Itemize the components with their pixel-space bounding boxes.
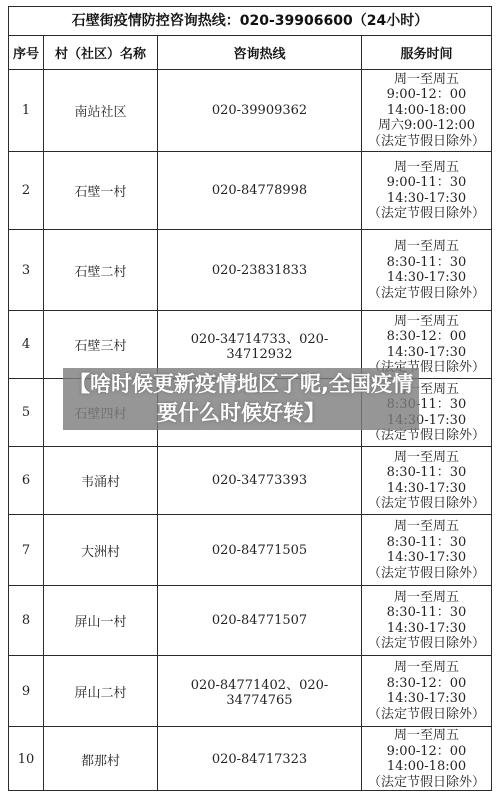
- table-header: 序号 村（社区）名称 咨询热线 服务时间: [9, 36, 491, 70]
- village-name: 屏山一村: [44, 586, 158, 655]
- service-hours: 周一至周五8:30-11：3014:30-17:30（法定节假日除外）: [362, 230, 491, 310]
- service-hours-line: 周一至周五: [394, 239, 459, 255]
- service-hours-line: 8:30-12：00: [387, 676, 467, 692]
- row-number: 7: [9, 515, 44, 585]
- service-hours-line: 14:30-17:30: [387, 481, 466, 497]
- service-hours-line: 14:30-17:30: [387, 550, 466, 566]
- service-hours-line: 9:00-12：00: [387, 744, 467, 760]
- column-header-hotline: 咨询热线: [158, 36, 362, 69]
- table-row: 6韦涌村020-34773393周一至周五8:30-11：3014:30-17:…: [9, 447, 491, 515]
- service-hours-line: 14:30-17:30: [387, 191, 466, 207]
- service-hours-line: （法定节假日除外）: [368, 636, 485, 652]
- village-name: 屏山二村: [44, 656, 158, 726]
- service-hours-line: 8:30-11：30: [387, 255, 467, 271]
- row-number: 3: [9, 230, 44, 310]
- service-hours-line: 14:30-17:30: [387, 621, 466, 637]
- watermark-line2: 要什么时候好转】: [157, 399, 325, 428]
- row-number: 9: [9, 656, 44, 726]
- hotline-number: 020-84771505: [158, 515, 362, 585]
- table-row: 7大洲村020-84771505周一至周五8:30-11：3014:30-17:…: [9, 515, 491, 586]
- service-hours-line: 14:30-17:30: [387, 691, 466, 707]
- row-number: 2: [9, 152, 44, 229]
- service-hours-line: 周一至周五: [394, 72, 459, 88]
- service-hours-line: （法定节假日除外）: [368, 206, 485, 222]
- service-hours-line: 周一至周五: [394, 660, 459, 676]
- table-row: 10都那村020-84717323周一至周五9:00-12：0014:00-18…: [9, 727, 491, 791]
- watermark-overlay: 【啥时候更新疫情地区了呢,全国疫情 要什么时候好转】: [63, 368, 419, 430]
- hotline-number: 020-84717323: [158, 727, 362, 791]
- column-header-hours: 服务时间: [362, 36, 491, 69]
- service-hours-line: 周一至周五: [394, 519, 459, 535]
- row-number: 6: [9, 447, 44, 514]
- service-hours: 周一至周五8:30-11：3014:30-17:30（法定节假日除外）: [362, 515, 491, 585]
- hotline-number: 020-84778998: [158, 152, 362, 229]
- service-hours: 周一至周五9:00-12：0014:00-18:00周六9:00-12:00（法…: [362, 70, 491, 151]
- service-hours-line: 8:30-11：30: [387, 535, 467, 551]
- hotline-number: 020-23831833: [158, 230, 362, 310]
- table-title: 石壁街疫情防控咨询热线：020-39906600（24小时）: [9, 7, 491, 36]
- column-header-village: 村（社区）名称: [44, 36, 158, 69]
- service-hours-line: （法定节假日除外）: [368, 775, 485, 791]
- service-hours-line: （法定节假日除外）: [368, 566, 485, 582]
- service-hours-line: 周一至周五: [394, 160, 459, 176]
- service-hours-line: （法定节假日除外）: [368, 496, 485, 512]
- village-name: 石壁一村: [44, 152, 158, 229]
- service-hours: 周一至周五8:30-11：3014:30-17:30（法定节假日除外）: [362, 447, 491, 514]
- service-hours-line: 周六9:00-12:00: [378, 118, 475, 134]
- service-hours-line: 9:00-11：30: [387, 175, 467, 191]
- service-hours-line: 9:00-12：00: [387, 87, 467, 103]
- service-hours-line: 14:00-18:00: [387, 103, 466, 119]
- watermark-line1: 【啥时候更新疫情地区了呢,全国疫情: [69, 370, 413, 399]
- service-hours-line: 14:00-18:00: [387, 759, 466, 775]
- table-row: 8屏山一村020-84771507周一至周五8:30-11：3014:30-17…: [9, 586, 491, 656]
- service-hours-line: 周一至周五: [394, 590, 459, 606]
- village-name: 韦涌村: [44, 447, 158, 514]
- hotline-number: 020-34773393: [158, 447, 362, 514]
- service-hours-line: （法定节假日除外）: [368, 286, 485, 302]
- service-hours-line: （法定节假日除外）: [368, 707, 485, 723]
- table-row: 9屏山二村020-84771402、020-34774765周一至周五8:30-…: [9, 656, 491, 727]
- service-hours: 周一至周五9:00-11：3014:30-17:30（法定节假日除外）: [362, 152, 491, 229]
- service-hours-line: 14:30-17:30: [387, 345, 466, 361]
- hotline-number: 020-84771402、020-34774765: [158, 656, 362, 726]
- service-hours-line: （法定节假日除外）: [368, 134, 485, 150]
- table-body: 1南站社区020-39909362周一至周五9:00-12：0014:00-18…: [9, 70, 491, 791]
- row-number: 4: [9, 311, 44, 378]
- column-header-index: 序号: [9, 36, 44, 69]
- row-number: 10: [9, 727, 44, 791]
- village-name: 都那村: [44, 727, 158, 791]
- hotline-number: 020-84771507: [158, 586, 362, 655]
- service-hours-line: 8:30-11：30: [387, 605, 467, 621]
- service-hours-line: 14:30-17:30: [387, 270, 466, 286]
- table-row: 3石壁二村020-23831833周一至周五8:30-11：3014:30-17…: [9, 230, 491, 311]
- service-hours: 周一至周五9:00-12：0014:00-18:00（法定节假日除外）: [362, 727, 491, 791]
- service-hours-line: （法定节假日除外）: [368, 428, 485, 444]
- row-number: 8: [9, 586, 44, 655]
- village-name: 大洲村: [44, 515, 158, 585]
- service-hours-line: 8:30-11：30: [387, 465, 467, 481]
- village-name: 石壁二村: [44, 230, 158, 310]
- service-hours: 周一至周五8:30-12：0014:30-17:30（法定节假日除外）: [362, 656, 491, 726]
- service-hours-line: 周一至周五: [394, 728, 459, 744]
- village-name: 南站社区: [44, 70, 158, 151]
- table-row: 1南站社区020-39909362周一至周五9:00-12：0014:00-18…: [9, 70, 491, 152]
- service-hours-line: 周一至周五: [394, 314, 459, 330]
- table-row: 2石壁一村020-84778998周一至周五9:00-11：3014:30-17…: [9, 152, 491, 230]
- row-number: 5: [9, 379, 44, 446]
- hotline-number: 020-39909362: [158, 70, 362, 151]
- row-number: 1: [9, 70, 44, 151]
- service-hours-line: 周一至周五: [394, 450, 459, 466]
- service-hours: 周一至周五8:30-11：3014:30-17:30（法定节假日除外）: [362, 586, 491, 655]
- service-hours-line: 8:30-12：00: [387, 329, 467, 345]
